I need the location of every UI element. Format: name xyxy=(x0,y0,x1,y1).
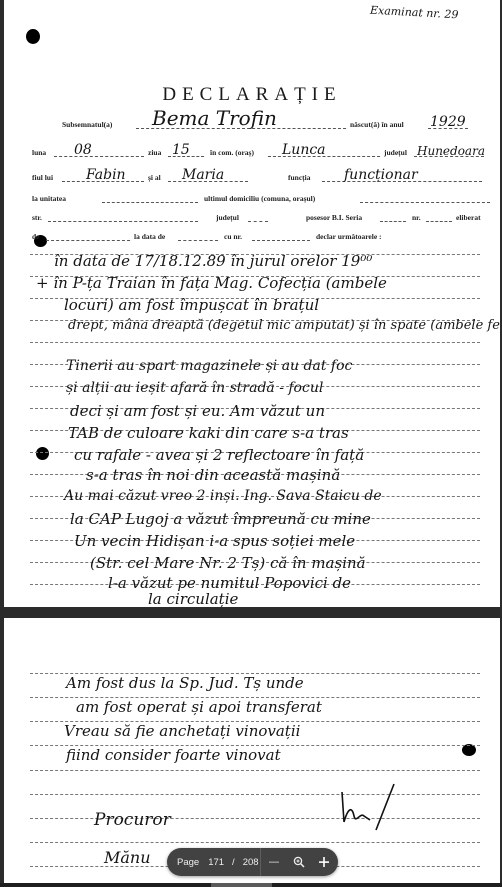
zoom-icon xyxy=(293,856,305,868)
luna-label: luna xyxy=(32,148,46,157)
handwritten-line: deci și am fost și eu. Am văzut un xyxy=(70,402,325,420)
town-value: Lunca xyxy=(282,142,326,158)
handwritten-line: fiind consider foarte vinovat xyxy=(66,746,281,764)
la-data-label: la data de xyxy=(134,232,165,241)
handwritten-line: (Str. cel Mare Nr. 2 Tș) că în mașină xyxy=(90,554,366,572)
com-label: în com. (oraș) xyxy=(210,148,254,157)
nascut-label: născut(ă) în anul xyxy=(350,120,404,129)
horizontal-scrollbar[interactable] xyxy=(0,883,502,887)
declar-label: declar următoarele : xyxy=(316,232,382,241)
domiciliu-label: ultimul domiciliu (comuna, orașul) xyxy=(204,194,315,203)
signature-name: Mănu xyxy=(104,848,151,867)
form-row-name: Subsemnatul(a) Bema Trofin născut(ă) în … xyxy=(32,112,490,132)
handwritten-line: TAB de culoare kaki din care s-a tras xyxy=(68,424,349,442)
page-title: DECLARAȚIE xyxy=(4,84,500,106)
document-page-2: Am fost dus la Sp. Jud. Tș unde am fost … xyxy=(4,618,500,887)
ziua-label: ziua xyxy=(148,148,161,157)
day-value: 15 xyxy=(172,142,190,158)
handwritten-line: și alții au ieșit afară în stradă - focu… xyxy=(66,380,323,396)
eliberat-label: eliberat xyxy=(456,213,481,222)
form-row-id-issued: de la data de cu nr. declar următoarele … xyxy=(32,224,490,244)
subsemnatul-label: Subsemnatul(a) xyxy=(62,120,112,129)
form-row-birthdate: luna 08 ziua 15 în com. (oraș) Lunca jud… xyxy=(32,140,490,160)
str-label: str. xyxy=(32,213,42,222)
form-row-parents: fiul lui Fabin și al Maria funcția funcț… xyxy=(32,165,490,185)
page-indicator: Page 171 / 208 xyxy=(167,857,260,868)
archive-annotation: Examinat nr. 29 xyxy=(370,4,459,22)
form-row-workplace: la unitatea ultimul domiciliu (comuna, o… xyxy=(32,186,490,206)
handwritten-line: în data de 17/18.12.89 în jurul orelor 1… xyxy=(54,252,372,270)
scrollbar-thumb[interactable] xyxy=(211,883,272,887)
document-page-1: Examinat nr. 29 DECLARAȚIE Subsemnatul(a… xyxy=(4,0,500,607)
signature-mark xyxy=(334,782,406,832)
plus-icon xyxy=(318,856,330,868)
handwritten-line: + în P-ța Traian în fața Mag. Cofecția (… xyxy=(36,274,387,292)
mother-value: Maria xyxy=(182,167,224,183)
ink-blot xyxy=(26,29,40,44)
si-al-label: și al xyxy=(148,173,161,182)
handwritten-line: Au mai căzut vreo 2 inși. Ing. Sava Stai… xyxy=(64,488,382,504)
page-separator: / xyxy=(232,857,235,868)
handwritten-line: Un vecin Hidișan i-a spus soției mele xyxy=(74,532,355,550)
zoom-fit-button[interactable] xyxy=(286,848,311,876)
handwritten-line: locuri) am fost împușcat în brațul xyxy=(64,296,319,314)
pdf-viewer[interactable]: Examinat nr. 29 DECLARAȚIE Subsemnatul(a… xyxy=(0,0,502,887)
name-value: Bema Trofin xyxy=(152,106,277,130)
occupation-value: funcționar xyxy=(344,167,418,183)
handwritten-line: cu rafale - avea și 2 reflectoare în faț… xyxy=(74,446,364,464)
handwritten-line: s-a tras în noi din această mașină xyxy=(86,466,340,484)
unitatea-label: la unitatea xyxy=(32,194,66,203)
signature-title: Procuror xyxy=(94,810,171,830)
form-row-address: str. județul posesor B.I. Seria nr. elib… xyxy=(32,205,490,225)
handwritten-line: Vreau să fie anchetați vinovații xyxy=(64,722,300,740)
handwritten-line: Am fost dus la Sp. Jud. Tș unde xyxy=(66,674,304,692)
month-value: 08 xyxy=(74,142,92,158)
birth-year-value: 1929 xyxy=(430,114,466,130)
handwritten-line: drept, mâna dreaptă (degetul mic amputat… xyxy=(68,318,500,333)
ink-blot xyxy=(36,447,49,460)
handwritten-line: la circulație xyxy=(148,590,238,607)
county-value: Hunedoara xyxy=(417,144,485,158)
handwritten-line: Tinerii au spart magazinele și au dat fo… xyxy=(66,358,352,374)
handwritten-line: la CAP Lugoj a văzut împreună cu mine xyxy=(70,510,371,528)
zoom-in-button[interactable] xyxy=(311,848,336,876)
judetul2-label: județul xyxy=(216,213,239,222)
total-pages: 208 xyxy=(243,857,259,868)
nr-label: nr. xyxy=(412,213,421,222)
functia-label: funcția xyxy=(288,173,311,182)
zoom-out-button[interactable] xyxy=(261,848,286,876)
posesor-label: posesor B.I. Seria xyxy=(306,213,362,222)
judetul-label: județul xyxy=(384,148,407,157)
cu-nr-label: cu nr. xyxy=(224,232,242,241)
page-toolbar: Page 171 / 208 xyxy=(167,848,338,876)
minus-icon xyxy=(268,856,280,868)
father-value: Fabin xyxy=(86,167,126,183)
fiul-label: fiul lui xyxy=(32,173,53,182)
page-label: Page xyxy=(177,857,199,868)
current-page-input[interactable]: 171 xyxy=(208,857,224,868)
handwritten-line: am fost operat și apoi transferat xyxy=(76,698,322,716)
de-label: de xyxy=(32,232,40,241)
